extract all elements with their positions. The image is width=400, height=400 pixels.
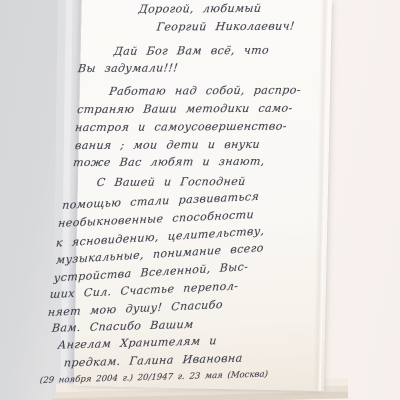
letter-line: Дай Бог Вам всё, что	[113, 41, 323, 60]
letter-line: Вы задумали!!!	[77, 59, 321, 79]
letter-line: настроя и самоусовершенство-	[74, 117, 314, 136]
handwritten-letter-photo: Дорогой, любимый Георгий Николаевич! Дай…	[0, 0, 400, 400]
paper-sheet: Дорогой, любимый Георгий Николаевич! Дай…	[74, 0, 332, 391]
letter-line: Дорогой, любимый	[138, 0, 328, 18]
letter-line: Работаю над собой, распро-	[108, 82, 318, 101]
letter-line: страняю Ваши методики само-	[76, 99, 316, 118]
letter-line: вания ; мои дети и внуки	[74, 135, 312, 154]
letter-line: тоже Вас любят и знают,	[72, 153, 310, 172]
letter-text: Дорогой, любимый Георгий Николаевич! Дай…	[39, 0, 328, 388]
letter-line: Георгий Николаевич!	[156, 17, 326, 36]
